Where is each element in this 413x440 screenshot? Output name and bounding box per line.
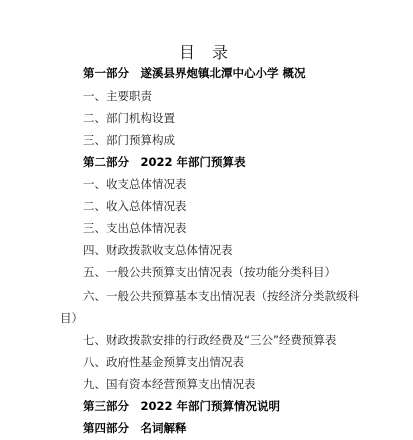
toc-item: 一、主要职责: [83, 89, 152, 103]
toc-part-2: 第二部分 2022 年部门预算表: [83, 155, 246, 169]
toc-item: 二、收入总体情况表: [83, 199, 187, 213]
toc-item: 六、一般公共预算基本支出情况表（按经济分类款级科: [83, 289, 359, 303]
document-page: 目 录 第一部分 遂溪县界炮镇北潭中心小学 概况 一、主要职责 二、部门机构设置…: [0, 0, 413, 440]
toc-part-3: 第三部分 2022 年部门预算情况说明: [83, 399, 280, 413]
toc-item: 三、支出总体情况表: [83, 221, 187, 235]
toc-part-1: 第一部分 遂溪县界炮镇北潭中心小学 概况: [83, 66, 306, 80]
toc-item: 三、部门预算构成: [83, 133, 175, 147]
toc-item: 四、财政拨款收支总体情况表: [83, 243, 233, 257]
toc-item: 九、国有资本经营预算支出情况表: [83, 377, 256, 391]
toc-item: 一、收支总体情况表: [83, 177, 187, 191]
toc-item: 七、财政拨款安排的行政经费及“三公”经费预算表: [83, 333, 336, 347]
toc-item: 二、部门机构设置: [83, 111, 175, 125]
toc-part-4: 第四部分 名词解释: [83, 421, 187, 435]
page-title: 目 录: [0, 40, 413, 63]
toc-item-continuation: 目）: [60, 311, 83, 325]
toc-item: 八、政府性基金预算支出情况表: [83, 355, 244, 369]
toc-item: 五、一般公共预算支出情况表（按功能分类科目）: [83, 265, 336, 279]
